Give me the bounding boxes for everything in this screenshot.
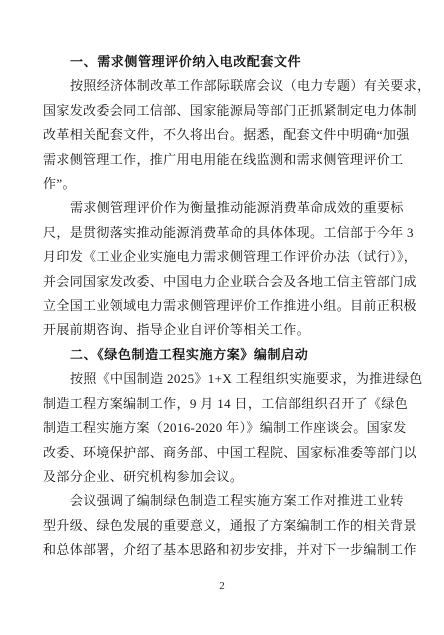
text-line: 国家发改委会同工信部、国家能源局等部门正抓紧制定电力体制 [43, 99, 401, 123]
text-line: 会议强调了编制绿色制造工程实施方案工作对推进工业转 [43, 489, 401, 513]
text-line: 作”。 [43, 172, 401, 196]
text-line: 需求侧管理工作，推广用电用能在线监测和需求侧管理评价工 [43, 148, 401, 172]
document-page: 一、需求侧管理评价纳入电改配套文件按照经济体制改革工作部际联席会议（电力专题）有… [0, 0, 444, 635]
text-line: 制造工程实施方案（2016-2020 年）》编制工作座谈会。国家发 [43, 416, 401, 440]
document-body: 一、需求侧管理评价纳入电改配套文件按照经济体制改革工作部际联席会议（电力专题）有… [43, 50, 401, 563]
text-line: 改委、环境保护部、商务部、中国工程院、国家标准委等部门以 [43, 441, 401, 465]
text-line: 按照《中国制造 2025》1+X 工程组织实施要求，为推进绿色 [43, 367, 401, 391]
text-line: 立全国工业领域电力需求侧管理评价工作推进小组。目前正积极 [43, 294, 401, 318]
text-line: 和总体部署，介绍了基本思路和初步安排，并对下一步编制工作 [43, 538, 401, 562]
text-line: 按照经济体制改革工作部际联席会议（电力专题）有关要求， [43, 74, 401, 98]
text-line: 尺，是贯彻落实推动能源消费革命的具体体现。工信部于今年 3 [43, 221, 401, 245]
text-line: 及部分企业、研究机构参加会议。 [43, 465, 401, 489]
section-heading: 一、需求侧管理评价纳入电改配套文件 [43, 50, 401, 74]
text-line: 并会同国家发改委、中国电力企业联合会及各地工信主管部门成 [43, 270, 401, 294]
text-line: 改革相关配套文件，不久将出台。据悉，配套文件中明确“加强 [43, 123, 401, 147]
text-line: 需求侧管理评价作为衡量推动能源消费革命成效的重要标 [43, 196, 401, 220]
text-line: 月印发《工业企业实施电力需求侧管理工作评价办法（试行）》， [43, 245, 401, 269]
text-line: 型升级、绿色发展的重要意义，通报了方案编制工作的相关背景 [43, 514, 401, 538]
text-line: 开展前期咨询、指导企业自评价等相关工作。 [43, 318, 401, 342]
page-number: 2 [0, 580, 444, 592]
text-line: 制造工程方案编制工作，9 月 14 日，工信部组织召开了《绿色 [43, 392, 401, 416]
section-heading: 二、《绿色制造工程实施方案》编制启动 [43, 343, 401, 367]
